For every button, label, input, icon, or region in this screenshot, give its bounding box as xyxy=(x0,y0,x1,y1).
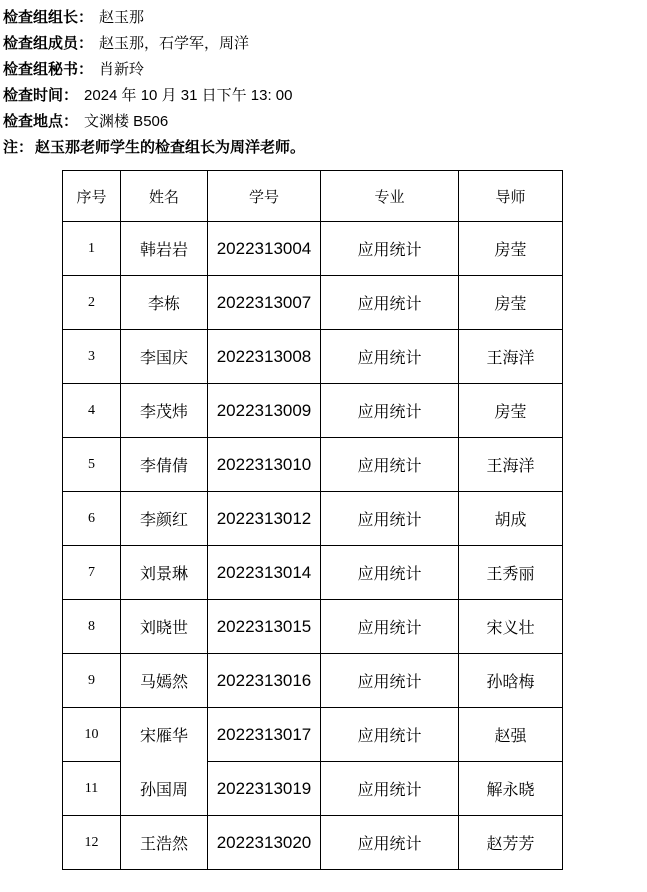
cell-major: 应用统计 xyxy=(321,762,459,816)
note-text: 赵玉那老师学生的检查组长为周洋老师。 xyxy=(35,140,305,156)
cell-student-id: 2022313019 xyxy=(208,762,321,816)
cell-serial: 11 xyxy=(63,762,121,816)
header-cell-major: 专业 xyxy=(321,171,459,222)
table-row: 2李栋2022313007应用统计房莹 xyxy=(63,276,563,330)
info-value: 赵玉那，石学军，周洋 xyxy=(99,35,249,52)
cell-advisor: 房莹 xyxy=(459,384,563,438)
cell-serial: 4 xyxy=(63,384,121,438)
cell-serial: 5 xyxy=(63,438,121,492)
table-row: 4李茂炜2022313009应用统计房莹 xyxy=(63,384,563,438)
cell-advisor: 胡成 xyxy=(459,492,563,546)
cell-student-id: 2022313016 xyxy=(208,654,321,708)
cell-student-id: 2022313012 xyxy=(208,492,321,546)
cell-serial: 1 xyxy=(63,222,121,276)
table-row: 12王浩然2022313020应用统计赵芳芳 xyxy=(63,816,563,870)
inspection-info-block: 检查组组长：赵玉那检查组成员：赵玉那，石学军，周洋检查组秘书：肖新玲检查时间：2… xyxy=(0,0,647,161)
header-cell-name: 姓名 xyxy=(121,171,208,222)
cell-name: 李颜红 xyxy=(121,492,208,546)
cell-advisor: 王海洋 xyxy=(459,438,563,492)
info-line: 检查组成员：赵玉那，石学军，周洋 xyxy=(3,31,647,57)
table-row: 7刘景琳2022313014应用统计王秀丽 xyxy=(63,546,563,600)
cell-advisor: 赵强 xyxy=(459,708,563,762)
table-row: 10宋雁华2022313017应用统计赵强 xyxy=(63,708,563,762)
header-cell-advisor: 导师 xyxy=(459,171,563,222)
header-cell-serial: 序号 xyxy=(63,171,121,222)
cell-student-id: 2022313004 xyxy=(208,222,321,276)
info-line: 检查组秘书：肖新玲 xyxy=(3,57,647,83)
cell-name: 宋雁华 xyxy=(121,708,208,762)
cell-major: 应用统计 xyxy=(321,492,459,546)
cell-serial: 8 xyxy=(63,600,121,654)
cell-student-id: 2022313010 xyxy=(208,438,321,492)
cell-major: 应用统计 xyxy=(321,222,459,276)
cell-student-id: 2022313020 xyxy=(208,816,321,870)
cell-name: 马嫣然 xyxy=(121,654,208,708)
table-row: 9马嫣然2022313016应用统计孙晗梅 xyxy=(63,654,563,708)
info-line: 检查时间：2024 年 10 月 31 日下午 13: 00 xyxy=(3,83,647,109)
cell-name: 孙国周 xyxy=(121,762,208,816)
cell-serial: 6 xyxy=(63,492,121,546)
info-line: 检查地点：文渊楼 B506 xyxy=(3,109,647,135)
table-row: 5李倩倩2022313010应用统计王海洋 xyxy=(63,438,563,492)
cell-major: 应用统计 xyxy=(321,330,459,384)
info-value: 赵玉那 xyxy=(99,9,144,26)
cell-major: 应用统计 xyxy=(321,546,459,600)
cell-student-id: 2022313007 xyxy=(208,276,321,330)
info-value: 肖新玲 xyxy=(99,61,144,78)
cell-major: 应用统计 xyxy=(321,438,459,492)
cell-major: 应用统计 xyxy=(321,384,459,438)
cell-student-id: 2022313017 xyxy=(208,708,321,762)
cell-name: 刘景琳 xyxy=(121,546,208,600)
cell-advisor: 孙晗梅 xyxy=(459,654,563,708)
cell-serial: 10 xyxy=(63,708,121,762)
cell-name: 刘晓世 xyxy=(121,600,208,654)
info-label: 检查组成员： xyxy=(3,36,93,52)
table-header-row: 序号姓名学号专业导师 xyxy=(63,171,563,222)
cell-student-id: 2022313009 xyxy=(208,384,321,438)
cell-name: 李国庆 xyxy=(121,330,208,384)
cell-advisor: 赵芳芳 xyxy=(459,816,563,870)
cell-advisor: 房莹 xyxy=(459,222,563,276)
cell-serial: 9 xyxy=(63,654,121,708)
info-label: 检查组秘书： xyxy=(3,62,93,78)
cell-serial: 12 xyxy=(63,816,121,870)
cell-name: 韩岩岩 xyxy=(121,222,208,276)
cell-advisor: 王秀丽 xyxy=(459,546,563,600)
cell-name: 李栋 xyxy=(121,276,208,330)
info-line: 检查组组长：赵玉那 xyxy=(3,5,647,31)
table-row: 6李颜红2022313012应用统计胡成 xyxy=(63,492,563,546)
table-row: 11孙国周2022313019应用统计解永晓 xyxy=(63,762,563,816)
cell-student-id: 2022313015 xyxy=(208,600,321,654)
info-value: 文渊楼 B506 xyxy=(84,113,168,130)
cell-major: 应用统计 xyxy=(321,708,459,762)
cell-serial: 3 xyxy=(63,330,121,384)
document-page: 检查组组长：赵玉那检查组成员：赵玉那，石学军，周洋检查组秘书：肖新玲检查时间：2… xyxy=(0,0,647,892)
cell-serial: 7 xyxy=(63,546,121,600)
cell-name: 李茂炜 xyxy=(121,384,208,438)
cell-advisor: 宋义壮 xyxy=(459,600,563,654)
info-label: 检查地点： xyxy=(3,114,78,130)
cell-major: 应用统计 xyxy=(321,276,459,330)
info-label: 检查组组长： xyxy=(3,10,93,26)
info-label: 检查时间： xyxy=(3,88,78,104)
cell-major: 应用统计 xyxy=(321,816,459,870)
note-label: 注： xyxy=(3,140,33,156)
cell-student-id: 2022313008 xyxy=(208,330,321,384)
cell-serial: 2 xyxy=(63,276,121,330)
student-roster-table: 序号姓名学号专业导师 1韩岩岩2022313004应用统计房莹2李栋202231… xyxy=(62,170,563,870)
cell-advisor: 王海洋 xyxy=(459,330,563,384)
cell-advisor: 房莹 xyxy=(459,276,563,330)
cell-name: 李倩倩 xyxy=(121,438,208,492)
info-value: 2024 年 10 月 31 日下午 13: 00 xyxy=(84,87,292,104)
cell-major: 应用统计 xyxy=(321,654,459,708)
table-row: 8刘晓世2022313015应用统计宋义壮 xyxy=(63,600,563,654)
note-line: 注：赵玉那老师学生的检查组长为周洋老师。 xyxy=(3,135,647,161)
cell-name: 王浩然 xyxy=(121,816,208,870)
cell-student-id: 2022313014 xyxy=(208,546,321,600)
cell-advisor: 解永晓 xyxy=(459,762,563,816)
table-row: 3李国庆2022313008应用统计王海洋 xyxy=(63,330,563,384)
table-row: 1韩岩岩2022313004应用统计房莹 xyxy=(63,222,563,276)
cell-major: 应用统计 xyxy=(321,600,459,654)
header-cell-student-id: 学号 xyxy=(208,171,321,222)
